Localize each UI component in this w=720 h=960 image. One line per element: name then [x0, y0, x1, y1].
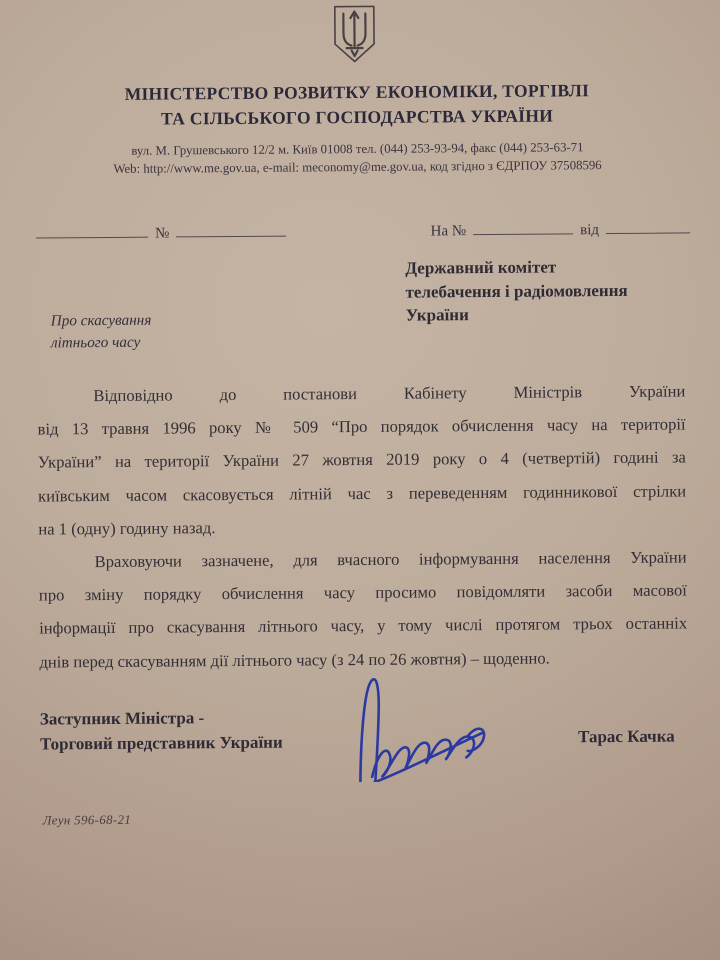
signatory-name: Тарас Качка — [578, 727, 675, 748]
handwritten-signature — [335, 663, 511, 782]
paragraph1-line: на 1 (одну) годину назад. — [38, 507, 686, 545]
paragraph2-line: про зміну порядку обчислення часу просим… — [39, 574, 687, 612]
executor-note: Леун 596-68-21 — [43, 813, 132, 829]
addressee-block: Державний комітет телебачення і радіомов… — [405, 255, 628, 327]
letterhead-address: вул. М. Грушевського 12/2 м. Київ 01008 … — [0, 138, 718, 179]
signatory-title-line2: Торговий представник України — [40, 730, 283, 756]
number-blank-line — [176, 221, 286, 238]
from-label: від — [580, 222, 599, 238]
addressee-line1: Державний комітет — [405, 255, 627, 280]
paragraph2-line: інформації про скасування літнього часу,… — [39, 607, 687, 645]
paragraph1-line: України” на території України 27 жовтня … — [38, 441, 686, 479]
addressee-line2: телебачення і радіомовлення — [405, 278, 627, 303]
reply-to-label: На № — [431, 223, 467, 239]
number-sign-label: № — [155, 225, 169, 241]
subject-line2: літнього часу — [51, 332, 152, 355]
subject-line1: Про скасування — [51, 310, 152, 333]
signatory-title: Заступник Міністра - Торговий представни… — [40, 706, 283, 757]
reply-date-blank-line — [606, 217, 690, 234]
ministry-name-line2: ТА СІЛЬСЬКОГО ГОСПОДАРСТВА УКРАЇНИ — [0, 102, 717, 133]
paragraph1-line: київським часом скасовується літній час … — [38, 474, 686, 512]
reference-line: № На №від — [36, 217, 690, 243]
subject-block: Про скасування літнього часу — [51, 310, 152, 355]
scanned-letter-page: МІНІСТЕРСТВО РОЗВИТКУ ЕКОНОМІКИ, ТОРГІВЛ… — [0, 0, 720, 960]
addressee-line3: України — [406, 302, 628, 327]
date-blank-line — [36, 222, 148, 239]
signatory-title-line1: Заступник Міністра - — [40, 706, 283, 732]
ministry-name: МІНІСТЕРСТВО РОЗВИТКУ ЕКОНОМІКИ, ТОРГІВЛ… — [0, 77, 717, 133]
outgoing-number-group: № — [36, 221, 286, 244]
paragraph1-line: від 13 травня 1996 року № 509 “Про поряд… — [37, 408, 685, 446]
ukraine-trident-emblem-icon — [330, 4, 378, 64]
paragraph1-line: Відповідно до постанови Кабінету Міністр… — [37, 374, 685, 412]
incoming-number-group: На №від — [424, 217, 691, 240]
reply-number-blank-line — [473, 218, 573, 235]
letter-body: Відповідно до постанови Кабінету Міністр… — [37, 374, 687, 678]
paragraph2-line: Враховуючи зазначене, для вчасного інфор… — [39, 540, 687, 578]
letter-content: МІНІСТЕРСТВО РОЗВИТКУ ЕКОНОМІКИ, ТОРГІВЛ… — [0, 0, 720, 960]
